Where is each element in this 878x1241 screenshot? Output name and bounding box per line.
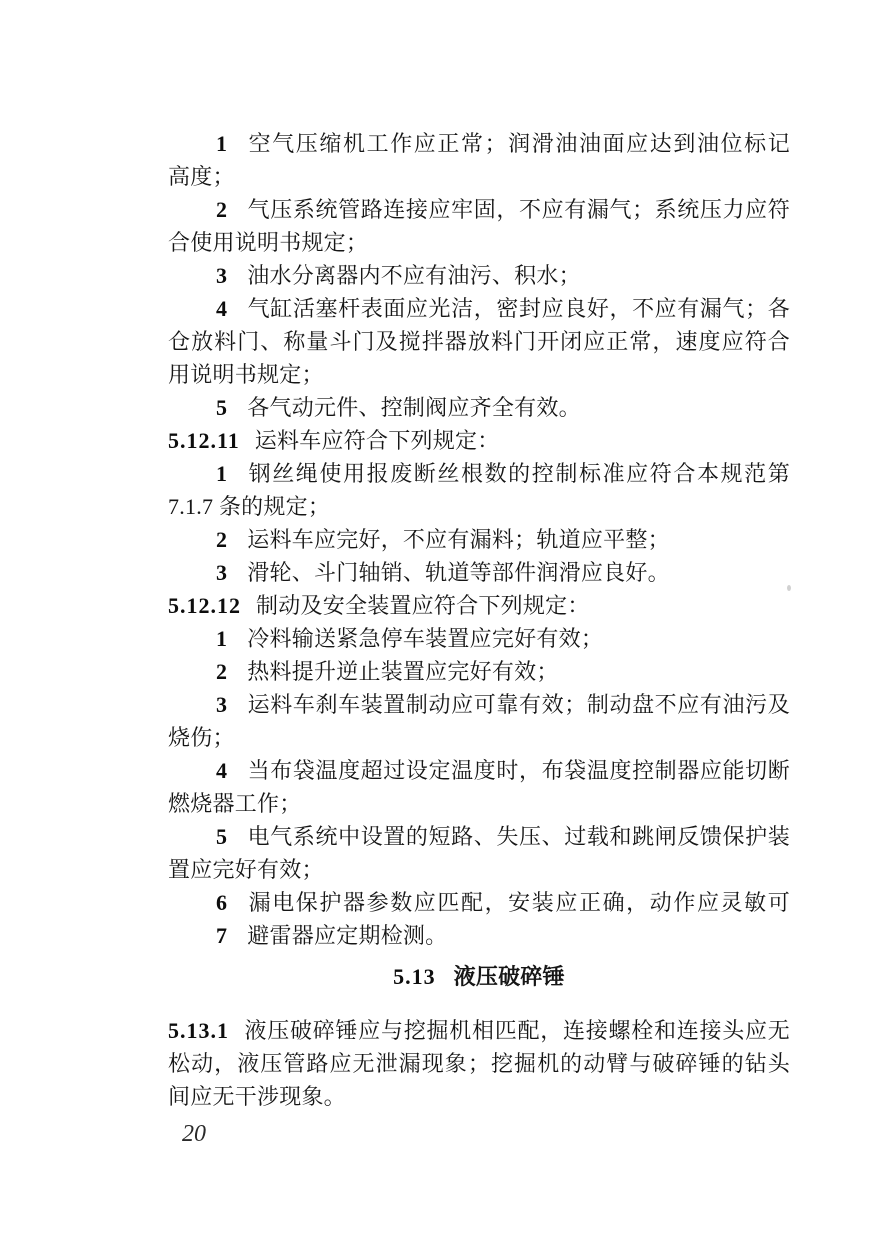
text-line: 3油水分离器内不应有油污、积水； <box>168 259 790 292</box>
line-text: 液压破碎锤应与挖掘机相匹配，连接螺栓和连接头应无 <box>244 1018 790 1043</box>
line-text: 运料车刹车装置制动应可靠有效；制动盘不应有油污及 <box>247 692 790 717</box>
line-text: 气缸活塞杆表面应光洁，密封应良好，不应有漏气；各 <box>247 296 790 321</box>
line-text: 热料提升逆止装置应完好有效； <box>247 659 558 684</box>
line-text: 气压系统管路连接应牢固，不应有漏气；系统压力应符 <box>247 197 790 222</box>
text-line: 4当布袋温度超过设定温度时，布袋温度控制器应能切断 <box>168 754 790 787</box>
text-line: 3滑轮、斗门轴销、轨道等部件润滑应良好。 <box>168 556 790 589</box>
line-text: 制动及安全装置应符合下列规定： <box>256 593 590 618</box>
line-text: 滑轮、斗门轴销、轨道等部件润滑应良好。 <box>247 560 670 585</box>
line-text: 松动，液压管路应无泄漏现象；挖掘机的动臂与破碎锤的钻头之 <box>168 1051 790 1080</box>
text-line: 间应无干涉现象。 <box>168 1080 790 1113</box>
line-number: 1 <box>216 461 227 486</box>
line-number: 1 <box>216 131 227 156</box>
text-line: 合使用说明书规定； <box>168 226 790 259</box>
text-line: 5电气系统中设置的短路、失压、过载和跳闸反馈保护装 <box>168 820 790 853</box>
line-number: 1 <box>216 626 227 651</box>
clause-line: 5.12.12制动及安全装置应符合下列规定： <box>168 589 790 622</box>
line-number: 4 <box>216 758 227 783</box>
line-number: 2 <box>216 197 227 222</box>
line-text: 液压破碎锤 <box>454 964 565 989</box>
line-text: 各气动元件、控制阀应齐全有效。 <box>247 395 581 420</box>
line-text: 避雷器应定期检测。 <box>247 923 447 948</box>
text-line: 6漏电保护器参数应匹配，安装应正确，动作应灵敏可靠； <box>168 886 790 919</box>
line-text: 漏电保护器参数应匹配，安装应正确，动作应灵敏可靠； <box>216 890 790 919</box>
text-line: 2热料提升逆止装置应完好有效； <box>168 655 790 688</box>
line-number: 3 <box>216 263 227 288</box>
line-text: 高度； <box>168 164 235 189</box>
line-number: 3 <box>216 560 227 585</box>
line-number: 5 <box>216 395 227 420</box>
section-number: 5.13 <box>393 964 436 989</box>
line-text: 电气系统中设置的短路、失压、过载和跳闸反馈保护装 <box>247 824 790 849</box>
line-text: 运料车应完好，不应有漏料；轨道应平整； <box>247 527 670 552</box>
text-line: 1钢丝绳使用报废断丝根数的控制标准应符合本规范第 <box>168 457 790 490</box>
text-line: 仓放料门、称量斗门及搅拌器放料门开闭应正常，速度应符合使 <box>168 325 790 358</box>
clause-number: 5.13.1 <box>168 1018 229 1043</box>
text-line: 7避雷器应定期检测。 <box>168 919 790 952</box>
line-text: 7.1.7 条的规定； <box>168 494 330 519</box>
line-text: 烧伤； <box>168 725 235 750</box>
line-text: 冷料输送紧急停车装置应完好有效； <box>247 626 603 651</box>
line-text: 当布袋温度超过设定温度时，布袋温度控制器应能切断 <box>247 758 790 783</box>
text-line: 1空气压缩机工作应正常；润滑油油面应达到油位标记 <box>168 127 790 160</box>
page-number: 20 <box>182 1118 206 1151</box>
text-line: 用说明书规定； <box>168 358 790 391</box>
line-text: 运料车应符合下列规定： <box>255 428 500 453</box>
text-line: 1冷料输送紧急停车装置应完好有效； <box>168 622 790 655</box>
text-line: 烧伤； <box>168 721 790 754</box>
document-page: 1空气压缩机工作应正常；润滑油油面应达到油位标记 高度； 2气压系统管路连接应牢… <box>0 0 878 1241</box>
text-line: 2运料车应完好，不应有漏料；轨道应平整； <box>168 523 790 556</box>
text-line: 松动，液压管路应无泄漏现象；挖掘机的动臂与破碎锤的钻头之 <box>168 1047 790 1080</box>
text-line: 置应完好有效； <box>168 853 790 886</box>
clause-number: 5.12.11 <box>168 428 240 453</box>
line-number: 2 <box>216 659 227 684</box>
text-line: 高度； <box>168 160 790 193</box>
line-text: 仓放料门、称量斗门及搅拌器放料门开闭应正常，速度应符合使 <box>168 329 790 358</box>
text-line: 2气压系统管路连接应牢固，不应有漏气；系统压力应符 <box>168 193 790 226</box>
text-line: 7.1.7 条的规定； <box>168 490 790 523</box>
line-text: 油水分离器内不应有油污、积水； <box>247 263 581 288</box>
section-heading: 5.13液压破碎锤 <box>168 960 790 993</box>
text-line: 4气缸活塞杆表面应光洁，密封应良好，不应有漏气；各 <box>168 292 790 325</box>
line-text: 用说明书规定； <box>168 362 324 387</box>
text-block: 1空气压缩机工作应正常；润滑油油面应达到油位标记 高度； 2气压系统管路连接应牢… <box>168 127 790 1113</box>
line-text: 置应完好有效； <box>168 857 324 882</box>
line-number: 2 <box>216 527 227 552</box>
line-number: 7 <box>216 923 227 948</box>
text-line: 3运料车刹车装置制动应可靠有效；制动盘不应有油污及 <box>168 688 790 721</box>
line-number: 6 <box>216 890 227 915</box>
text-line: 5各气动元件、控制阀应齐全有效。 <box>168 391 790 424</box>
line-number: 3 <box>216 692 227 717</box>
line-text: 间应无干涉现象。 <box>168 1084 346 1109</box>
clause-line: 5.12.11运料车应符合下列规定： <box>168 424 790 457</box>
line-number: 5 <box>216 824 227 849</box>
line-text: 空气压缩机工作应正常；润滑油油面应达到油位标记 <box>247 131 790 156</box>
line-number: 4 <box>216 296 227 321</box>
text-line: 燃烧器工作； <box>168 787 790 820</box>
scan-artifact <box>787 585 791 591</box>
clause-number: 5.12.12 <box>168 593 241 618</box>
clause-line: 5.13.1液压破碎锤应与挖掘机相匹配，连接螺栓和连接头应无 <box>168 1014 790 1047</box>
line-text: 燃烧器工作； <box>168 791 301 816</box>
line-text: 钢丝绳使用报废断丝根数的控制标准应符合本规范第 <box>247 461 790 486</box>
line-text: 合使用说明书规定； <box>168 230 368 255</box>
